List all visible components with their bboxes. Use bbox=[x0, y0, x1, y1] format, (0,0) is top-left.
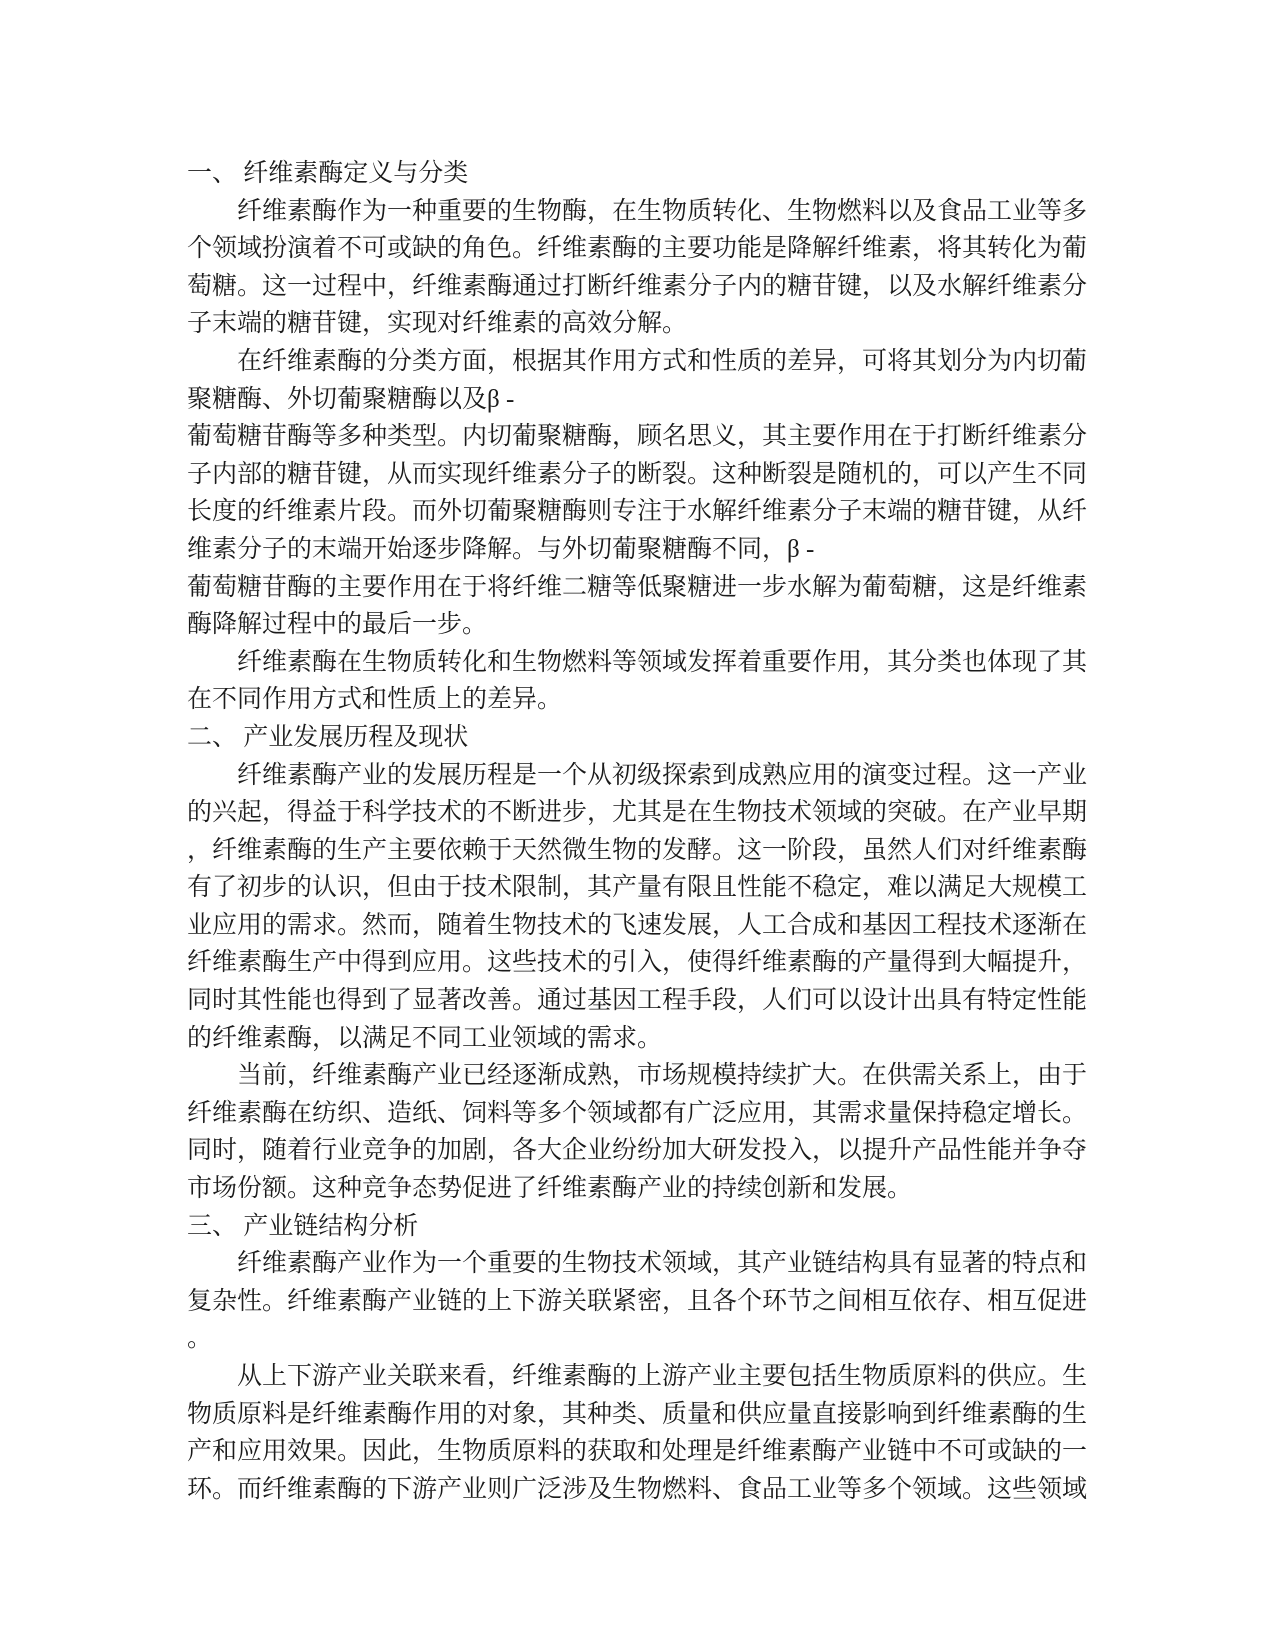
paragraph: 在纤维素酶的分类方面，根据其作用方式和性质的差异，可将其划分为内切葡聚糖酶、外切… bbox=[187, 343, 1087, 644]
paragraph: 当前，纤维素酶产业已经逐渐成熟，市场规模持续扩大。在供需关系上，由于纤维素酶在纺… bbox=[187, 1057, 1087, 1207]
section-heading: 三、 产业链结构分析 bbox=[187, 1208, 1087, 1246]
section-heading: 二、 产业发展历程及现状 bbox=[187, 719, 1087, 757]
document-body: 一、 纤维素酶定义与分类纤维素酶作为一种重要的生物酶，在生物质转化、生物燃料以及… bbox=[187, 155, 1087, 1508]
paragraph: 纤维素酶产业作为一个重要的生物技术领域，其产业链结构具有显著的特点和复杂性。纤维… bbox=[187, 1245, 1087, 1358]
paragraph: 纤维素酶产业的发展历程是一个从初级探索到成熟应用的演变过程。这一产业的兴起，得益… bbox=[187, 757, 1087, 1058]
section-heading: 一、 纤维素酶定义与分类 bbox=[187, 155, 1087, 193]
paragraph: 纤维素酶在生物质转化和生物燃料等领域发挥着重要作用，其分类也体现了其在不同作用方… bbox=[187, 644, 1087, 719]
paragraph: 从上下游产业关联来看，纤维素酶的上游产业主要包括生物质原料的供应。生物质原料是纤… bbox=[187, 1358, 1087, 1508]
paragraph: 纤维素酶作为一种重要的生物酶，在生物质转化、生物燃料以及食品工业等多个领域扮演着… bbox=[187, 193, 1087, 343]
document-page: 一、 纤维素酶定义与分类纤维素酶作为一种重要的生物酶，在生物质转化、生物燃料以及… bbox=[0, 0, 1275, 1650]
